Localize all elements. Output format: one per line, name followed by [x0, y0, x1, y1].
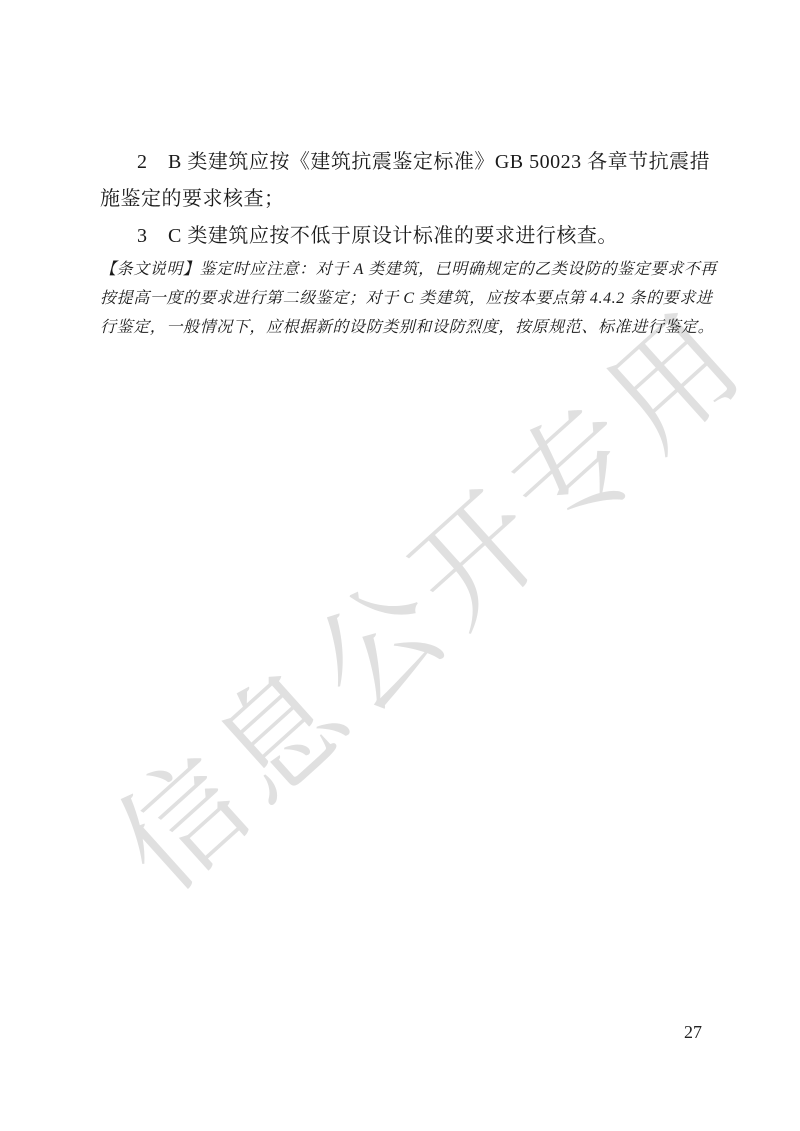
clause-item-2: 2 B 类建筑应按《建筑抗震鉴定标准》GB 50023 各章节抗震措 施鉴定的要…: [100, 144, 716, 218]
clause-item-3: 3 C 类建筑应按不低于原设计标准的要求进行核查。: [100, 218, 716, 255]
watermark: 信息公开专用: [72, 262, 778, 922]
clause-commentary: 【条文说明】鉴定时应注意：对于 A 类建筑，已明确规定的乙类设防的鉴定要求不再 …: [100, 255, 716, 342]
page-number: 27: [684, 1020, 702, 1044]
commentary-line-1: 【条文说明】鉴定时应注意：对于 A 类建筑，已明确规定的乙类设防的鉴定要求不再: [100, 255, 716, 284]
page-content: 2 B 类建筑应按《建筑抗震鉴定标准》GB 50023 各章节抗震措 施鉴定的要…: [100, 144, 716, 342]
commentary-line-2: 按提高一度的要求进行第二级鉴定；对于 C 类建筑，应按本要点第 4.4.2 条的…: [100, 284, 716, 313]
document-page: 信息公开专用 2 B 类建筑应按《建筑抗震鉴定标准》GB 50023 各章节抗震…: [0, 0, 800, 1131]
commentary-line-3: 行鉴定，一般情况下，应根据新的设防类别和设防烈度，按原规范、标准进行鉴定。: [100, 313, 716, 342]
clause-item-2-line-2: 施鉴定的要求核查；: [100, 181, 716, 218]
clause-item-3-line-1: 3 C 类建筑应按不低于原设计标准的要求进行核查。: [100, 218, 716, 255]
clause-item-2-line-1: 2 B 类建筑应按《建筑抗震鉴定标准》GB 50023 各章节抗震措: [100, 144, 716, 181]
